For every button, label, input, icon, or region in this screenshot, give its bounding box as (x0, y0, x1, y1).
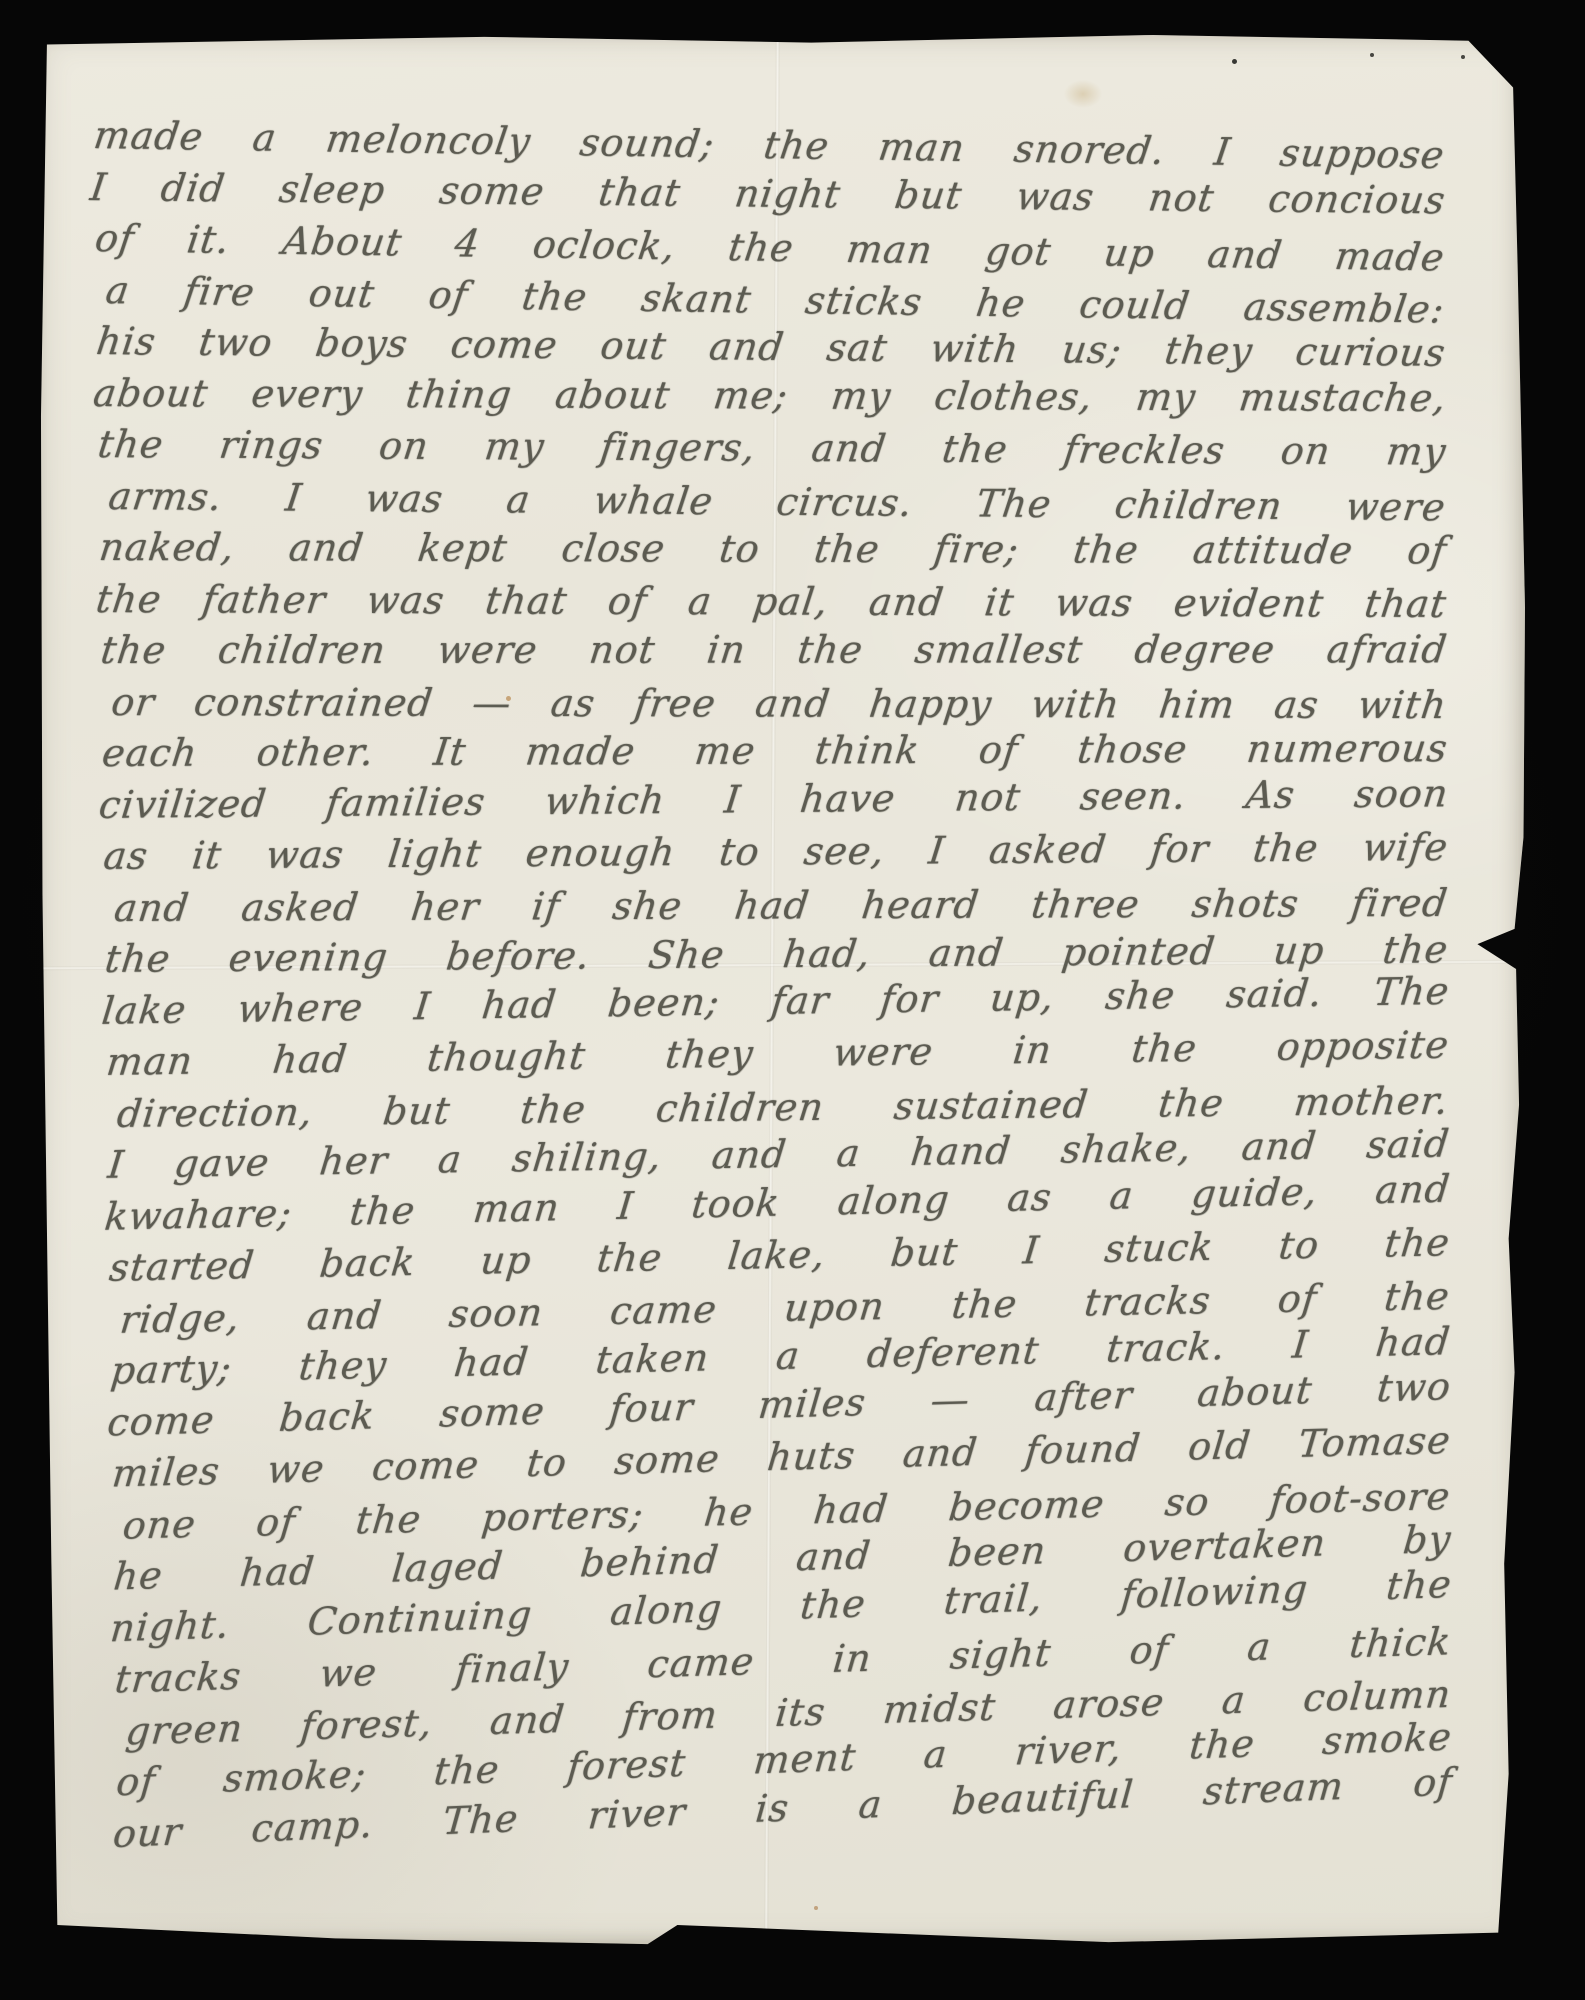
pin-dot (1370, 53, 1374, 57)
handwriting-line: as it was light enough to see, I asked f… (91, 822, 1451, 883)
handwriting-line: about every thing about me; my clothes, … (87, 368, 1450, 424)
handwriting-line: the father was that of a pal, and it was… (87, 574, 1450, 630)
handwriting-line: the children were not in the smallest de… (91, 624, 1450, 676)
paper-stain (1064, 80, 1102, 108)
photo-background: made a meloncoly sound; the man snored. … (0, 0, 1585, 2000)
ink-dot (1232, 59, 1237, 64)
paper-speck (814, 1906, 818, 1910)
letter-page: made a meloncoly sound; the man snored. … (38, 34, 1525, 1946)
handwriting-line: naked, and kept close to the fire; the a… (91, 522, 1450, 577)
handwriting-line: the rings on my fingers, and the freckle… (91, 419, 1450, 478)
letter-text: made a meloncoly sound; the man snored. … (94, 110, 1447, 1906)
pin-dot (1461, 55, 1465, 59)
